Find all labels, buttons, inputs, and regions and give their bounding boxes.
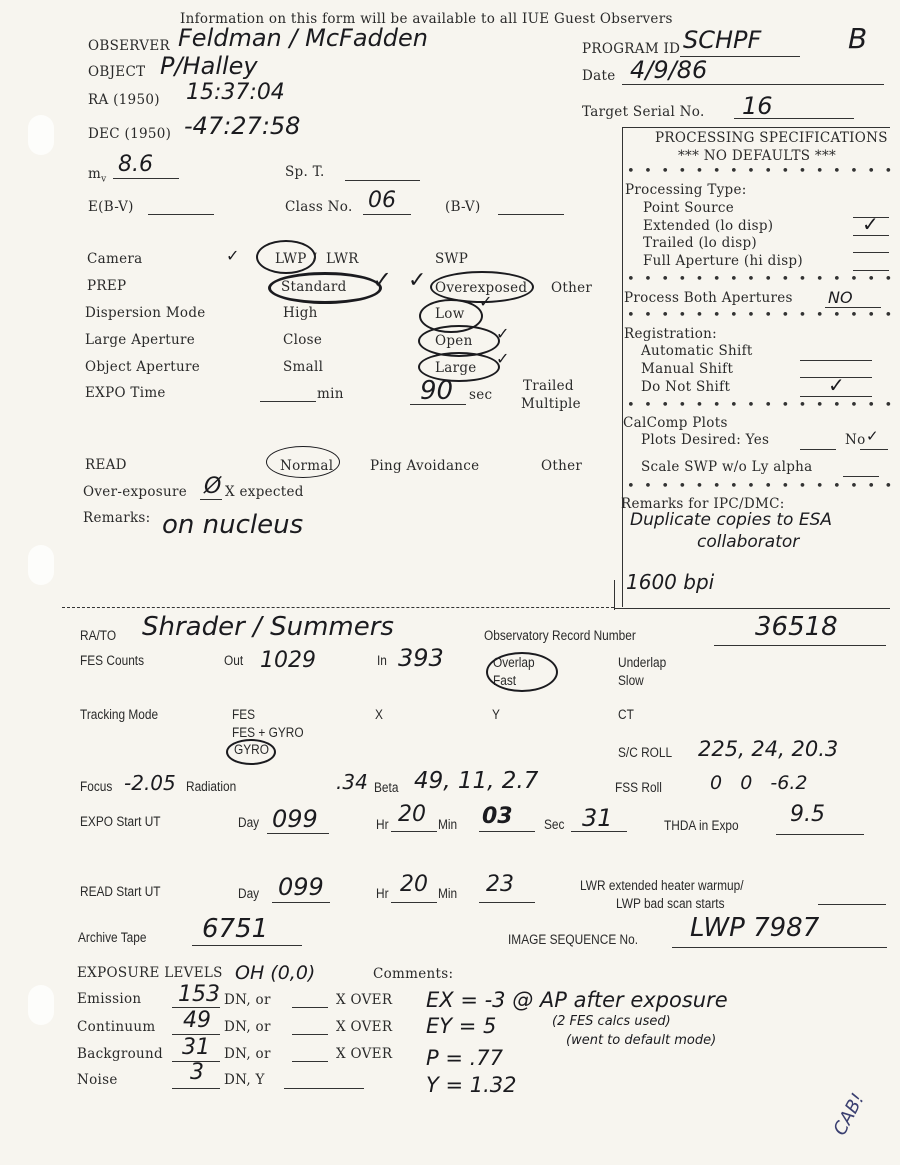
fes-in-field[interactable]: 393 [398,644,444,672]
object-aperture-label: Object Aperture [85,359,200,375]
program-id-field[interactable]: SCHPF [683,26,761,54]
lwp-bad-scan-label: LWP bad scan starts [616,896,725,911]
selection-circle [266,446,340,478]
class-label: Class No. [285,199,353,215]
overexposure-field[interactable]: Ø [204,474,221,499]
both-apertures-label: Process Both Apertures [624,290,793,306]
plots-no-checkbox[interactable] [860,449,888,450]
processing-box-left [622,127,623,607]
trailed-checkbox[interactable] [853,252,889,253]
serial-label: Target Serial No. [582,104,705,120]
radiation-field[interactable]: .34 [336,770,368,794]
processing-box-left-lower [614,580,615,610]
mv-underline [113,178,179,179]
observer-label: OBSERVER [88,38,170,54]
expo-hr-field[interactable]: 20 [398,802,426,827]
read-option-other[interactable]: Other [541,458,582,474]
emission-over-field[interactable] [292,1007,328,1008]
dot-separator: •••••••••••••••••••• [627,308,900,323]
type-full-aperture: Full Aperture (hi disp) [643,253,803,269]
comment-line[interactable]: (went to default mode) [566,1033,716,1048]
continuum-suffix: DN, or [224,1019,271,1035]
ebv-label: E(B-V) [88,199,134,215]
read-day-field[interactable]: 099 [278,873,324,901]
plots-yes-checkbox[interactable] [800,449,836,450]
focus-field[interactable]: -2.05 [124,771,176,795]
dot-separator: •••••••••••••••••••• [627,398,900,413]
expo-sec-underline [571,831,627,832]
ra-label: RA (1950) [88,92,160,108]
sc-roll-field[interactable]: 225, 24, 20.3 [698,737,838,761]
expo-min-label: Min [438,817,457,832]
continuum-over-field[interactable] [292,1034,328,1035]
overexposure-suffix: X expected [225,484,304,500]
tracking-ct-label: CT [618,707,634,722]
check-icon: ✓ [828,373,845,397]
selection-circle [486,652,558,692]
mv-label: mv [88,166,107,185]
image-seq-field[interactable]: LWP 7987 [690,913,819,943]
reg-do-not-shift: Do Not Shift [641,379,730,395]
check-icon: ✓ [226,246,239,265]
exposure-position-note[interactable]: OH (0,0) [235,962,315,984]
object-field[interactable]: P/Halley [160,52,258,80]
image-seq-underline [672,947,887,948]
prep-option-other[interactable]: Other [551,280,592,296]
check-icon: ✓ [496,349,509,368]
class-field[interactable]: 06 [368,188,396,213]
expo-sec-field[interactable]: 31 [582,804,613,832]
continuum-over-label: X OVER [336,1019,392,1035]
check-icon: ✓ [862,212,879,236]
plots-desired-label: Plots Desired: Yes [641,432,769,448]
check-icon: ✓ [408,268,426,293]
thda-underline [776,834,864,835]
ebv-field[interactable] [148,214,214,215]
radiation-label: Radiation [186,779,236,794]
continuum-label: Continuum [77,1019,155,1035]
overexposure-underline [200,499,222,500]
plots-no-label: No [845,432,866,448]
dot-separator: •••••••••••••••••••• [627,479,900,494]
slow-option[interactable]: Slow [618,673,644,688]
observer-field[interactable]: Feldman / McFadden [178,24,428,52]
bv-label: (B-V) [445,199,481,215]
record-field[interactable]: 36518 [755,612,838,642]
date-underline [622,84,884,85]
emission-label: Emission [77,991,141,1007]
selection-circle [226,739,276,765]
type-point-source: Point Source [643,200,734,216]
check-icon: ✓ [372,266,392,294]
archive-tape-label: Archive Tape [78,930,146,945]
dispersion-option-high[interactable]: High [283,305,318,321]
noise-suffix: DN, Y [224,1072,265,1088]
noise-dn-underline [172,1088,220,1089]
ipc-remarks-line1[interactable]: Duplicate copies to ESA [630,510,832,530]
punch-hole [28,985,54,1025]
camera-option-swp[interactable]: SWP [435,251,468,267]
scale-swp-checkbox[interactable] [843,476,879,477]
thda-label: THDA in Expo [664,818,739,833]
ipc-remarks-line3[interactable]: 1600 bpi [626,570,714,594]
read-hr-underline [391,902,437,903]
dec-field[interactable]: -47:27:58 [184,112,300,140]
dot-separator: •••••••••••••••••••• [627,164,900,179]
serial-field[interactable]: 16 [742,92,773,120]
large-aperture-label: Large Aperture [85,332,195,348]
fes-out-field[interactable]: 1029 [260,648,316,673]
expo-sec-underline [410,404,466,405]
punch-hole [28,115,54,155]
large-aperture-option-close[interactable]: Close [283,332,322,348]
comment-line[interactable]: EX = -3 @ AP after exposure [426,988,728,1012]
emission-suffix: DN, or [224,992,271,1008]
object-label: OBJECT [88,64,145,80]
fss-roll-field[interactable]: 0 0 -6.2 [710,772,808,794]
expo-day-underline [267,833,329,834]
full-aperture-checkbox[interactable] [853,270,889,271]
remarks-label: Remarks: [83,510,151,526]
prep-label: PREP [87,278,126,294]
record-label: Observatory Record Number [484,628,636,643]
record-underline [714,645,886,646]
slash-separator: / [312,251,317,267]
dec-label: DEC (1950) [88,126,171,142]
exposure-levels-title: EXPOSURE LEVELS [77,965,223,981]
section-divider [62,607,614,608]
background-over-field[interactable] [292,1061,328,1062]
comment-line[interactable]: P = .77 [426,1046,503,1070]
dispersion-label: Dispersion Mode [85,305,206,321]
comment-line[interactable]: Y = 1.32 [426,1073,517,1097]
check-icon: ✓ [479,292,492,311]
type-trailed: Trailed (lo disp) [643,235,757,251]
comment-line[interactable]: (2 FES calcs used) [552,1014,671,1029]
punch-hole [28,545,54,585]
expo-sec-field[interactable]: 90 [420,376,453,406]
beta-label: Beta [374,780,398,795]
trailed-option[interactable]: Trailed [523,378,574,394]
remarks-field[interactable]: on nucleus [162,510,303,540]
expo-min-field[interactable]: 03 [482,804,513,829]
mv-field[interactable]: 8.6 [118,152,153,177]
thda-field[interactable]: 9.5 [790,802,825,827]
date-field[interactable]: 4/9/86 [630,56,707,84]
focus-label: Focus [80,779,112,794]
read-min-underline [479,902,535,903]
reg-automatic: Automatic Shift [641,343,753,359]
archive-tape-field[interactable]: 6751 [202,914,268,944]
read-min-label: Min [438,886,457,901]
tracking-mode-label: Tracking Mode [80,707,158,722]
emission-dn-field[interactable]: 153 [178,982,220,1007]
lwr-heater-field[interactable] [818,904,886,905]
read-day-underline [272,902,330,903]
archive-tape-underline [192,945,302,946]
noise-y-field[interactable] [284,1088,364,1089]
expo-start-label: EXPO Start UT [80,814,161,829]
expo-day-field[interactable]: 099 [272,805,318,833]
fes-counts-label: FES Counts [80,653,144,668]
fss-roll-label: FSS Roll [615,780,662,795]
emission-over-label: X OVER [336,992,392,1008]
calcomp-label: CalComp Plots [623,415,728,431]
overexposure-label: Over-exposure [83,484,187,500]
read-hr-label: Hr [376,886,389,901]
expo-min-underline [479,831,535,832]
beta-field[interactable]: 49, 11, 2.7 [414,768,538,794]
read-hr-field[interactable]: 20 [400,872,428,897]
expo-min-label: min [317,386,344,402]
camera-label: Camera [87,251,142,267]
tracking-y-label: Y [492,707,500,722]
object-aperture-option-small[interactable]: Small [283,359,323,375]
rato-label: RA/TO [80,628,116,643]
dot-separator: •••••••••••••••••••• [627,272,900,287]
date-label: Date [582,68,616,84]
scale-swp-label: Scale SWP w/o Ly alpha [641,459,812,475]
expo-hr-underline [391,831,437,832]
background-label: Background [77,1046,163,1062]
read-option-ping[interactable]: Ping Avoidance [370,458,479,474]
continuum-dn-field[interactable]: 49 [183,1008,211,1033]
camera-option-lwr[interactable]: LWR [326,251,359,267]
expo-time-label: EXPO Time [85,385,166,401]
bv-field[interactable] [498,214,564,215]
class-underline [363,214,411,215]
type-extended: Extended (lo disp) [643,218,773,234]
serial-underline [734,118,854,119]
spt-label: Sp. T. [285,164,325,180]
background-over-label: X OVER [336,1046,392,1062]
expo-min-field[interactable] [260,401,316,402]
automatic-shift-checkbox[interactable] [800,360,872,361]
processing-box-bottom [614,608,890,609]
expo-sec-label: sec [469,387,492,403]
sc-roll-label: S/C ROLL [618,745,672,760]
processing-title: PROCESSING SPECIFICATIONS [655,130,888,146]
read-min-field[interactable]: 23 [486,872,514,897]
ra-field[interactable]: 15:37:04 [186,80,285,105]
comment-line[interactable]: EY = 5 [426,1014,496,1038]
background-suffix: DN, or [224,1046,271,1062]
background-dn-field[interactable]: 31 [182,1035,210,1060]
selection-circle [256,240,316,274]
reg-manual: Manual Shift [641,361,733,377]
fes-in-label: In [377,653,387,668]
processing-box-top [623,127,890,128]
tracking-x-label: X [375,707,383,722]
expo-sec-label: Sec [544,817,564,832]
underlap-option[interactable]: Underlap [618,655,666,670]
read-start-label: READ Start UT [80,884,161,899]
fes-out-label: Out [224,653,243,668]
corner-mark: B [848,22,867,55]
check-icon: ✓ [496,324,509,343]
processing-subtitle: *** NO DEFAULTS *** [678,148,836,164]
noise-dn-field[interactable]: 3 [190,1060,204,1085]
noise-label: Noise [77,1072,118,1088]
expo-hr-label: Hr [376,817,389,832]
comments-label: Comments: [373,966,453,982]
read-label: READ [85,457,127,473]
reviewer-initials: CAB! [829,1090,868,1139]
tracking-option-fes[interactable]: FES [232,707,255,722]
check-icon: ✓ [866,427,879,445]
expo-day-label: Day [238,815,259,830]
read-day-label: Day [238,886,259,901]
both-apertures-field[interactable]: NO [828,288,853,307]
image-seq-label: IMAGE SEQUENCE No. [508,932,638,947]
ipc-remarks-line2[interactable]: collaborator [697,532,799,552]
lwr-heater-label: LWR extended heater warmup/ [580,878,744,893]
selection-circle [268,272,382,304]
registration-label: Registration: [624,326,717,342]
program-id-label: PROGRAM ID [582,41,680,57]
processing-type-label: Processing Type: [625,182,747,198]
tracking-option-fes-gyro[interactable]: FES + GYRO [232,725,304,740]
multiple-option[interactable]: Multiple [521,396,581,412]
rato-field[interactable]: Shrader / Summers [142,612,394,642]
spt-field[interactable] [345,180,420,181]
